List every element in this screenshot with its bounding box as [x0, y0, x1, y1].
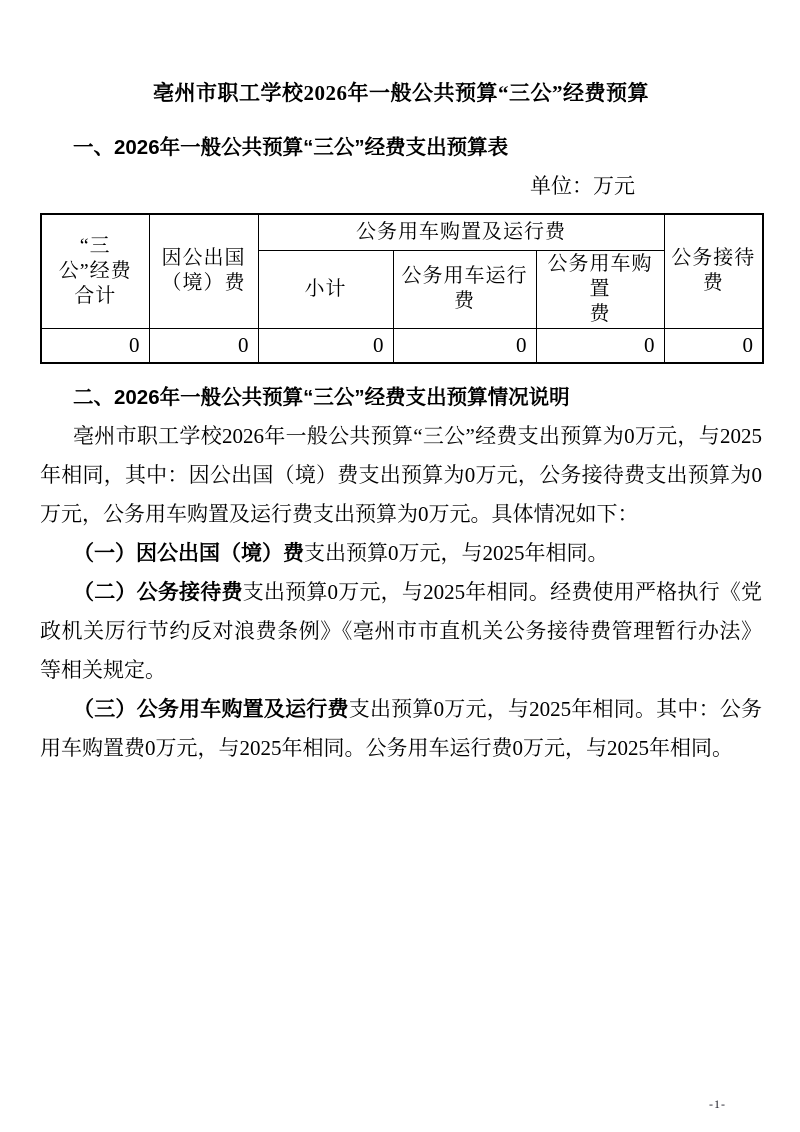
value-reception-fee: 0: [664, 328, 763, 363]
table-data-row: 0 0 0 0 0 0: [41, 328, 763, 363]
unit-label: 单位：万元: [40, 167, 762, 206]
item-1-text: 支出预算0万元，与2025年相同。: [304, 541, 609, 565]
col-header-reception-fee: 公务接待 费: [664, 214, 763, 328]
col-header-subtotal: 小计: [258, 250, 393, 328]
col-header-vehicle-purchase: 公务用车购置 费: [536, 250, 664, 328]
col-header-vehicle-group: 公务用车购置及运行费: [258, 214, 664, 250]
budget-table: “三 公”经费 合计 因公出国 （境）费 公务用车购置及运行费 公务接待 费 小…: [40, 213, 764, 364]
value-sangong-total: 0: [41, 328, 149, 363]
item-paragraph-3: （三）公务用车购置及运行费支出预算0万元，与2025年相同。其中：公务用车购置费…: [40, 690, 762, 768]
value-abroad-fee: 0: [149, 328, 258, 363]
col-header-sangong-total: “三 公”经费 合计: [41, 214, 149, 328]
col-header-abroad-fee: 因公出国 （境）费: [149, 214, 258, 328]
document-page: 亳州市职工学校2026年一般公共预算“三公”经费预算 一、2026年一般公共预算…: [0, 0, 800, 1132]
item-3-lead: （三）公务用车购置及运行费: [73, 697, 349, 721]
item-2-lead: （二）公务接待费: [73, 580, 243, 604]
page-number: -1-: [709, 1097, 726, 1112]
value-vehicle-purchase: 0: [536, 328, 664, 363]
value-vehicle-operation: 0: [393, 328, 536, 363]
intro-paragraph: 亳州市职工学校2026年一般公共预算“三公”经费支出预算为0万元，与2025年相…: [40, 417, 762, 534]
item-paragraph-2: （二）公务接待费支出预算0万元，与2025年相同。经费使用严格执行《党政机关厉行…: [40, 573, 762, 690]
value-subtotal: 0: [258, 328, 393, 363]
col-header-vehicle-operation: 公务用车运行 费: [393, 250, 536, 328]
section1-heading: 一、2026年一般公共预算“三公”经费支出预算表: [40, 128, 762, 167]
document-title: 亳州市职工学校2026年一般公共预算“三公”经费预算: [40, 78, 762, 108]
item-1-lead: （一）因公出国（境）费: [73, 541, 304, 565]
section2-heading: 二、2026年一般公共预算“三公”经费支出预算情况说明: [40, 378, 762, 417]
item-paragraph-1: （一）因公出国（境）费支出预算0万元，与2025年相同。: [40, 534, 762, 573]
table-header-row-1: “三 公”经费 合计 因公出国 （境）费 公务用车购置及运行费 公务接待 费: [41, 214, 763, 250]
